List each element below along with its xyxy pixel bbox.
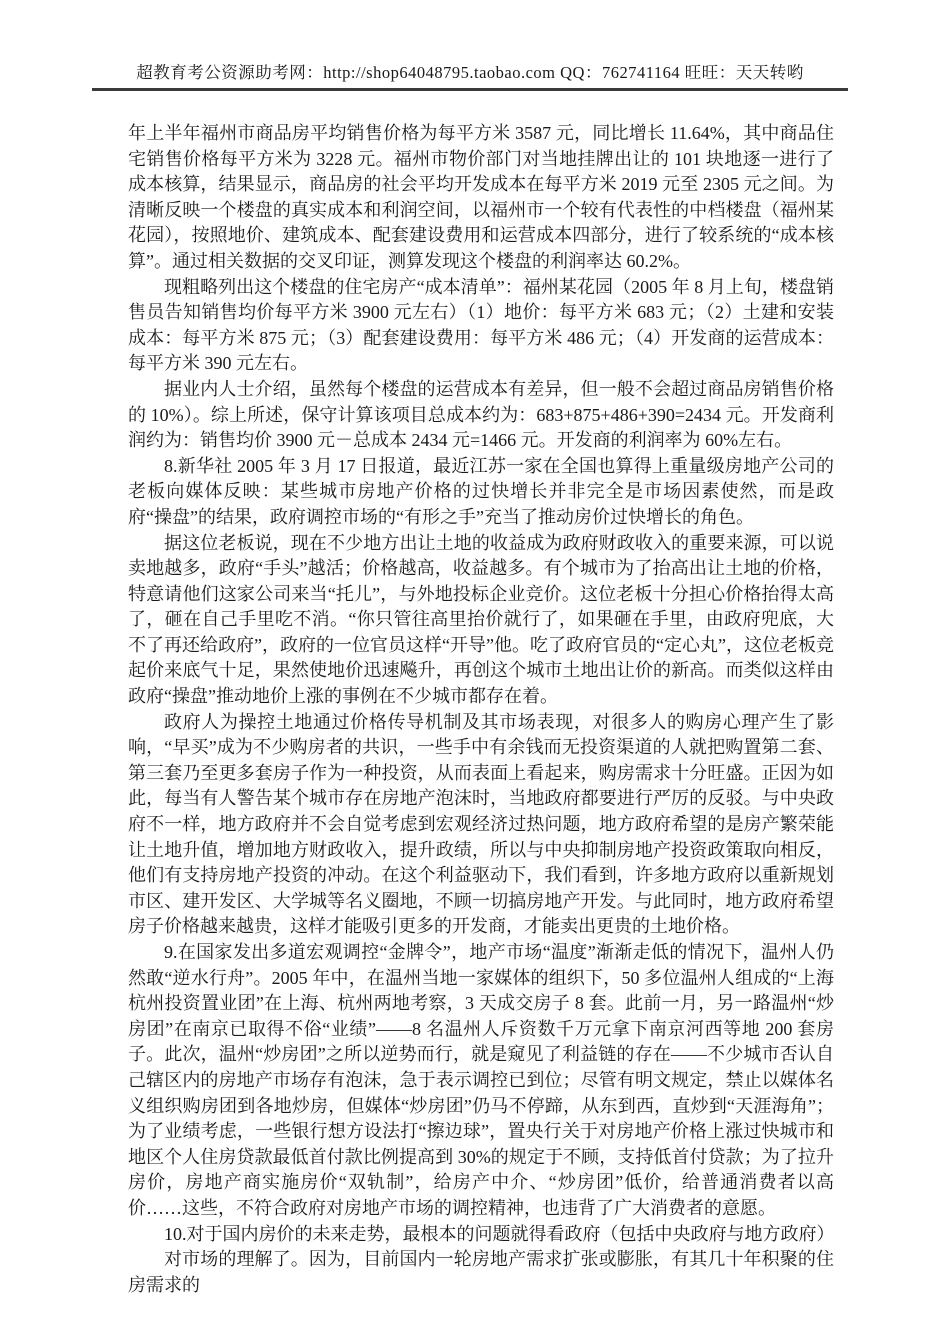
body-paragraph: 现粗略列出这个楼盘的住宅房产“成本清单”：福州某花园（2005 年 8 月上旬，… bbox=[128, 275, 834, 377]
header-rule bbox=[92, 88, 848, 91]
document-page: 超教育考公资源助考网：http://shop64048795.taobao.co… bbox=[0, 0, 950, 1344]
body-paragraph: 9.在国家发出多道宏观调控“金牌令”，地产市场“温度”渐渐走低的情况下，温州人仍… bbox=[128, 940, 834, 1222]
body-paragraph: 对市场的理解了。因为，目前国内一轮房地产需求扩张或膨胀，有其几十年积聚的住房需求… bbox=[128, 1247, 834, 1298]
article-body: 年上半年福州市商品房平均销售价格为每平方米 3587 元，同比增长 11.64%… bbox=[128, 121, 834, 1298]
body-paragraph: 年上半年福州市商品房平均销售价格为每平方米 3587 元，同比增长 11.64%… bbox=[128, 121, 834, 275]
page-header-text: 超教育考公资源助考网：http://shop64048795.taobao.co… bbox=[92, 62, 848, 84]
body-paragraph: 10.对于国内房价的未来走势，最根本的问题就得看政府（包括中央政府与地方政府） bbox=[128, 1222, 834, 1248]
body-paragraph: 据这位老板说，现在不少地方出让土地的收益成为政府财政收入的重要来源，可以说卖地越… bbox=[128, 531, 834, 710]
body-paragraph: 据业内人士介绍，虽然每个楼盘的运营成本有差异，但一般不会超过商品房销售价格的 1… bbox=[128, 377, 834, 454]
body-paragraph: 8.新华社 2005 年 3 月 17 日报道，最近江苏一家在全国也算得上重量级… bbox=[128, 454, 834, 531]
body-paragraph: 政府人为操控土地通过价格传导机制及其市场表现，对很多人的购房心理产生了影响，“早… bbox=[128, 710, 834, 940]
